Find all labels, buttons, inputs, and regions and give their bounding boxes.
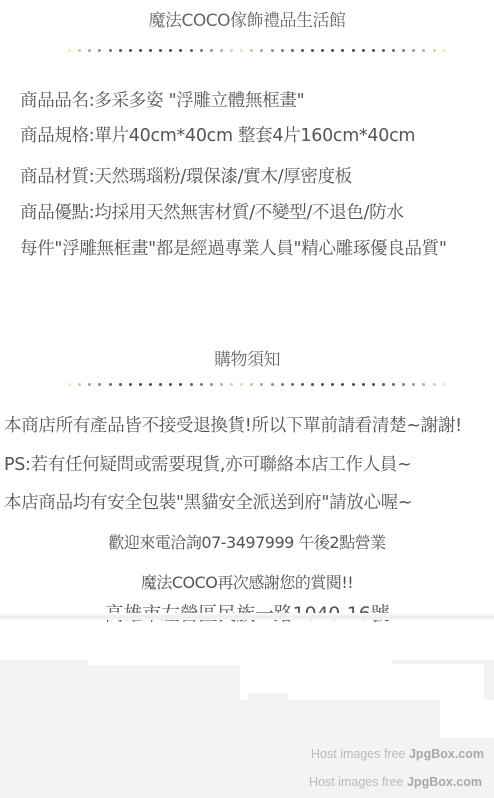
divider-dot [260,383,263,386]
notice-title: 購物須知 [0,345,494,370]
divider-dot [68,49,71,52]
divider-dot [119,383,122,386]
divider-dot [443,49,446,52]
divider-dot [149,49,152,52]
divider-dot [311,49,314,52]
divider-dot [129,383,132,386]
divider-dot [190,383,193,386]
divider-dot [311,383,314,386]
divider-dot [341,49,344,52]
contact-thanks: 魔法COCO再次感謝您的賞閱!! [0,570,494,593]
notice-no-returns: 本商店所有產品皆不接受退換貨!所以下單前請看清楚~謝謝! [4,412,462,437]
divider-dot [210,383,213,386]
spec-product-name: 商品品名:多采多姿 "浮雕立體無框畫" [20,87,304,112]
divider-dot [250,383,253,386]
divider-dot [271,383,274,386]
bg-cutout [440,700,494,738]
divider-dot [392,383,395,386]
divider-dot [402,49,405,52]
spec-quality: 每件"浮雕無框畫"都是經過專業人員"精心雕琢優良品質" [20,235,447,260]
divider-dot [68,383,71,386]
spec-advantages: 商品優點:均採用天然無害材質/不變型/不退色/防水 [20,199,404,224]
divider-dot [382,383,385,386]
bg-block [88,665,240,798]
divider-dot [98,49,101,52]
divider-dot [281,383,284,386]
divider-dot [210,49,213,52]
divider-dot [260,49,263,52]
divider-dot [139,383,142,386]
divider-dot [301,383,304,386]
separator-band [0,613,494,620]
divider-dot [200,383,203,386]
divider-dot [159,49,162,52]
divider-dot [119,49,122,52]
notice-packaging: 本店商品均有安全包裝"黑貓安全派送到府"請放心喔~ [4,489,412,514]
divider-dot [78,383,81,386]
divider-dot [98,383,101,386]
bg-block [0,660,88,798]
divider-dot [331,383,334,386]
divider-dot [159,383,162,386]
divider-dot [301,49,304,52]
dotted-divider-top [68,48,446,52]
divider-dot [200,49,203,52]
watermark-1: Host images free JpgBox.com [311,747,484,761]
divider-dot [139,49,142,52]
watermark-brand: JpgBox.com [407,775,482,789]
divider-dot [230,383,233,386]
divider-dot [78,49,81,52]
divider-dot [392,49,395,52]
divider-dot [88,49,91,52]
divider-dot [109,49,112,52]
watermark-brand: JpgBox.com [409,747,484,761]
bg-block [484,660,494,702]
divider-dot [240,49,243,52]
divider-dot [362,49,365,52]
divider-dot [129,49,132,52]
divider-dot [291,49,294,52]
divider-dot [109,383,112,386]
divider-dot [372,383,375,386]
watermark-2: Host images free JpgBox.com [309,775,482,789]
notice-contact-staff: PS:若有任何疑問或需要現貨,亦可聯絡本店工作人員~ [4,451,411,476]
divider-dot [169,383,172,386]
store-title: 魔法COCO傢飾禮品生活館 [0,6,494,31]
contact-phone: 歡迎來電洽詢07-3497999 午後2點營業 [0,530,494,553]
divider-dot [271,49,274,52]
divider-dot [291,383,294,386]
bg-block [392,660,486,664]
spec-dimensions: 商品規格:單片40cm*40cm 整套4片160cm*40cm [20,122,415,147]
divider-dot [149,383,152,386]
divider-dot [352,383,355,386]
divider-dot [402,383,405,386]
divider-dot [422,49,425,52]
divider-dot [341,383,344,386]
divider-dot [190,49,193,52]
divider-dot [382,49,385,52]
divider-dot [422,383,425,386]
divider-dot [412,383,415,386]
divider-dot [412,49,415,52]
divider-dot [240,383,243,386]
divider-dot [250,49,253,52]
divider-dot [179,383,182,386]
divider-dot [433,49,436,52]
divider-dot [88,383,91,386]
divider-dot [220,49,223,52]
spec-materials: 商品材質:天然瑪瑙粉/環保漆/實木/厚密度板 [20,163,352,188]
divider-dot [331,49,334,52]
divider-dot [230,49,233,52]
divider-dot [433,383,436,386]
dotted-divider-notice [68,382,446,386]
divider-dot [321,383,324,386]
divider-dot [352,49,355,52]
divider-dot [220,383,223,386]
divider-dot [443,383,446,386]
watermark-prefix: Host images free [309,775,407,789]
watermark-prefix: Host images free [311,747,409,761]
bg-block [248,693,288,703]
divider-dot [372,49,375,52]
divider-dot [281,49,284,52]
divider-dot [321,49,324,52]
divider-dot [179,49,182,52]
divider-dot [362,383,365,386]
divider-dot [169,49,172,52]
